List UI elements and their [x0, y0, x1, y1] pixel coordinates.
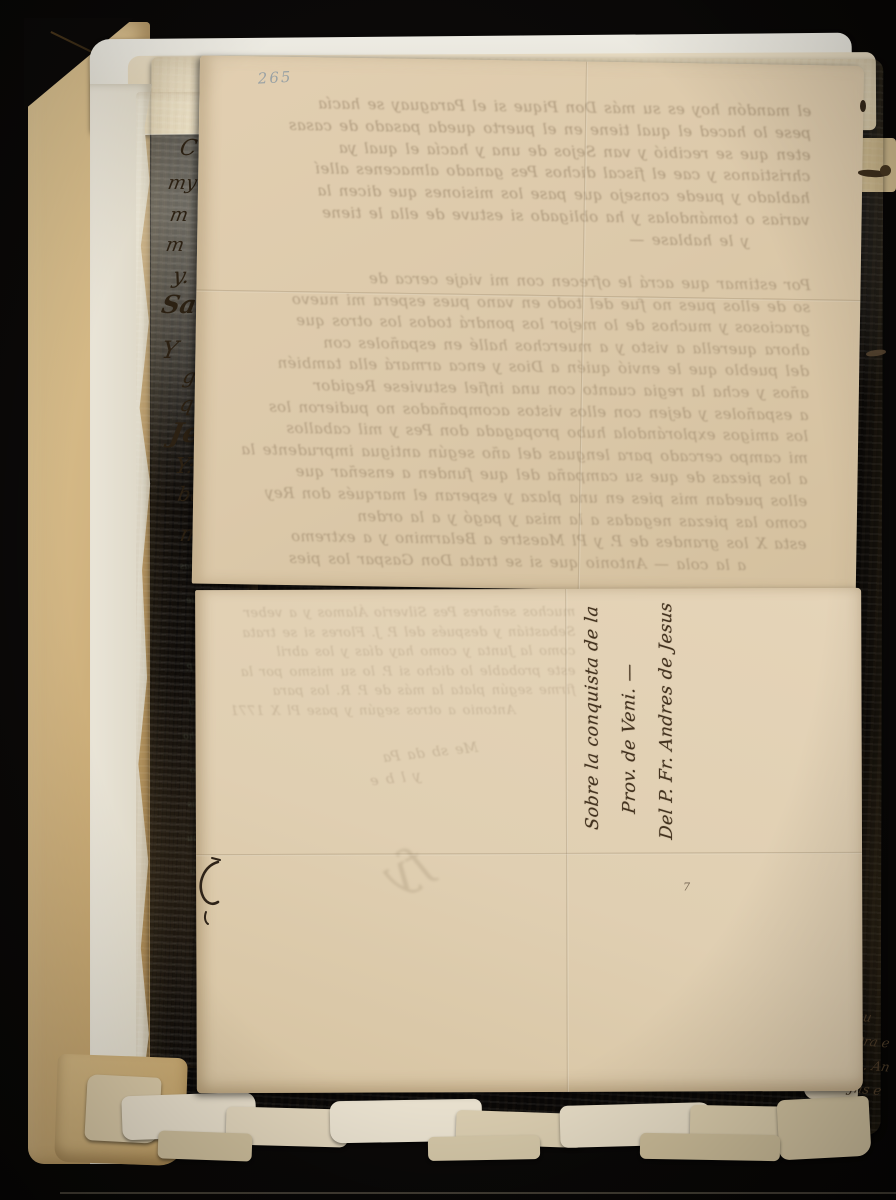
ghost-signature-flourish: fy — [374, 834, 437, 902]
ghost-stamp-text: Me sb da Pay l b e — [278, 737, 482, 802]
ghost-line: Antonio a otros según y pase Pl X 1771 — [216, 701, 516, 722]
torn-page-edge — [776, 1096, 871, 1161]
annotation-line: Del P. Fr. Andres de Jesus — [648, 588, 686, 842]
margin-letter: Sa — [159, 290, 198, 319]
archival-annotation: Sobre la conquista de laProv. de Veni. —… — [574, 588, 710, 840]
tiny-ink-mark: 7 — [683, 880, 690, 893]
bleedthrough-paragraph-1: el mandón hoy es su más Don Pique si el … — [209, 92, 811, 254]
torn-page-edge — [640, 1133, 780, 1161]
ink-tie-blob — [880, 165, 891, 176]
annotation-line: Prov. de Veni. — — [611, 588, 649, 816]
margin-letter: C — [178, 136, 199, 161]
margin-letter: m — [168, 204, 190, 226]
fold-crease-horizontal — [196, 852, 862, 856]
margin-letter: my — [166, 172, 199, 194]
ghost-line: este probable lo dicho si P. lo su mismo… — [215, 661, 575, 682]
ink-flourish — [196, 856, 222, 926]
ghost-line: como la Junta y como hay días y los abri… — [225, 642, 575, 663]
ghost-line: firme según plata la más de P. R. los pa… — [225, 681, 575, 702]
margin-letter: Y — [160, 336, 181, 364]
upper-sheet: 265 el mandón hoy es su más Don Pique si… — [192, 56, 864, 594]
bleedthrough-paragraph-2: Por estimar que acrá le ofrecen con mi v… — [206, 266, 811, 578]
annotation-line: Sobre la conquista de la — [574, 588, 612, 832]
lower-sheet: muchos señores Pes Silverio Álamos y a v… — [195, 588, 863, 1093]
margin-letter: y. — [171, 264, 192, 289]
manuscript-photo: Cmymmy.SaYgaquJeY:bam en los díasde la q… — [0, 0, 896, 1200]
ghost-line: muchos señores Pes Silverio Álamos y a v… — [225, 603, 575, 624]
ghost-line: Sebastián y después del P. J. Flores si … — [215, 622, 575, 643]
torn-page-edge — [428, 1135, 540, 1161]
folio-number: 265 — [257, 68, 293, 88]
margin-letter: m — [164, 234, 186, 256]
bleedthrough-paragraph-3: muchos señores Pes Silverio Álamos y a v… — [215, 603, 575, 721]
ink-dot-mark — [860, 100, 866, 112]
scan-baseline — [60, 1192, 896, 1194]
torn-page-edge — [158, 1130, 253, 1161]
